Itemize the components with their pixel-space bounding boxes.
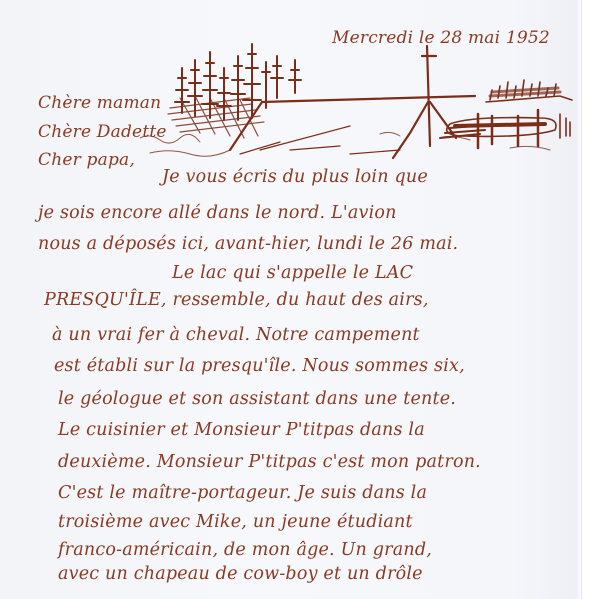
body-line-6: à un vrai fer à cheval. Notre campement (52, 325, 420, 345)
body-line-10: deuxième. Monsieur P'titpas c'est mon pa… (58, 452, 481, 472)
body-line-14: avec un chapeau de cow-boy et un drôle (58, 564, 423, 584)
page-edge (581, 0, 600, 599)
canoe-icon (447, 110, 570, 148)
salutation-maman: Chère maman (38, 93, 161, 113)
salutation-dadette: Chère Dadette (38, 122, 167, 142)
body-line-7: est établi sur la presqu'île. Nous somme… (54, 356, 465, 376)
body-line-11: C'est le maître-portageur. Je suis dans … (58, 483, 427, 503)
body-line-9: Le cuisinier et Monsieur P'titpas dans l… (58, 420, 425, 440)
body-line-2: je sois encore allé dans le nord. L'avio… (38, 203, 397, 223)
salutation-papa: Cher papa, (38, 150, 135, 170)
body-line-8: le géologue et son assistant dans une te… (58, 389, 456, 409)
camp-sketch-illustration (140, 38, 580, 163)
body-line-5: PRESQU'ÎLE, ressemble, du haut des airs, (44, 290, 429, 310)
body-line-4: Le lac qui s'appelle le LAC (172, 263, 413, 283)
body-line-1: Je vous écris du plus loin que (162, 167, 428, 187)
letter-date: Mercredi le 28 mai 1952 (332, 28, 550, 48)
spruce-trees-icon (175, 44, 301, 120)
letter-page: Mercredi le 28 mai 1952 Chère maman Chèr… (0, 0, 600, 599)
body-line-13: franco-américain, de mon âge. Un grand, (58, 540, 432, 560)
far-island-icon (486, 80, 572, 102)
body-line-12: troisième avec Mike, un jeune étudiant (58, 512, 413, 532)
body-line-3: nous a déposés ici, avant-hier, lundi le… (38, 234, 458, 254)
